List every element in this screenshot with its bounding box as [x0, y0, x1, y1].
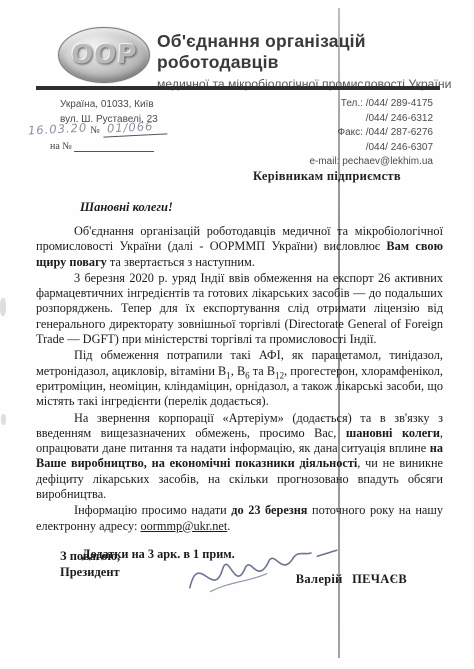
- fax-line-2: /044/ 246-6307: [309, 141, 433, 156]
- address-line-1: Україна, 01033, Київ: [60, 97, 158, 112]
- reference-block: 16.03.20№01/066 на №: [28, 120, 178, 152]
- recipient-line: Керівникам підприємств: [253, 169, 401, 184]
- email-line: e-mail: pechaev@lekhim.ua: [309, 155, 433, 170]
- text-segment-bold: до 23 березня: [231, 503, 307, 517]
- reply-number-blank: [74, 141, 154, 152]
- text-segment: Інформацію просимо надати: [74, 503, 231, 517]
- scan-smudge: [0, 298, 6, 316]
- outgoing-ref-row: 16.03.20№01/066: [28, 120, 178, 136]
- signature-block: З повагою, Президент Валерій ПЕЧАЄВ: [60, 548, 440, 580]
- handwritten-number: 01/066: [102, 118, 167, 137]
- salutation: Шановні колеги!: [80, 200, 173, 215]
- email-link[interactable]: oormmp@ukr.net: [140, 519, 227, 533]
- text-segment: 3 березня 2020 р. уряд Індії ввів обмеже…: [36, 271, 443, 346]
- org-contacts: Тел.: /044/ 289-4175 /044/ 246-6312 Факс…: [309, 97, 433, 170]
- paragraph-4: На звернення корпорації «Артеріум» (дода…: [36, 411, 443, 503]
- text-segment: , В: [231, 364, 245, 378]
- text-segment-bold: шановні колеги: [346, 426, 440, 440]
- paragraph-5: Інформацію просимо надати до 23 березня …: [36, 503, 443, 534]
- incoming-ref-row: на №: [50, 141, 178, 152]
- signer-name: Валерій ПЕЧАЄВ: [296, 572, 407, 587]
- letterhead: Об'єднання організацій роботодавців меди…: [157, 31, 467, 91]
- fax-line-1: Факс: /044/ 287-6276: [309, 126, 433, 141]
- letter-body: Об'єднання організацій роботодавців меди…: [36, 224, 443, 563]
- text-segment: та В: [250, 364, 275, 378]
- scan-smudge: [1, 414, 6, 425]
- text-segment: Об'єднання організацій роботодавців меди…: [36, 224, 443, 253]
- oor-logo: ООР: [58, 27, 150, 83]
- number-sign: №: [90, 125, 100, 136]
- paragraph-2: 3 березня 2020 р. уряд Індії ввів обмеже…: [36, 271, 443, 347]
- paragraph-1: Об'єднання організацій роботодавців меди…: [36, 224, 443, 270]
- text-segment: та звертається з наступним.: [107, 255, 255, 269]
- header-divider: [36, 86, 440, 90]
- phone-line-2: /044/ 246-6312: [309, 112, 433, 127]
- paragraph-3: Під обмеження потрапили такі АФІ, як пар…: [36, 348, 443, 409]
- phone-line-1: Тел.: /044/ 289-4175: [309, 97, 433, 112]
- oor-logo-text: ООР: [70, 40, 138, 70]
- reply-label: на №: [50, 141, 72, 152]
- org-name: Об'єднання організацій роботодавців: [157, 31, 467, 73]
- handwritten-date: 16.03.20: [28, 120, 88, 137]
- letter-page: ООР Об'єднання організацій роботодавців …: [0, 0, 474, 669]
- text-segment: .: [227, 519, 230, 533]
